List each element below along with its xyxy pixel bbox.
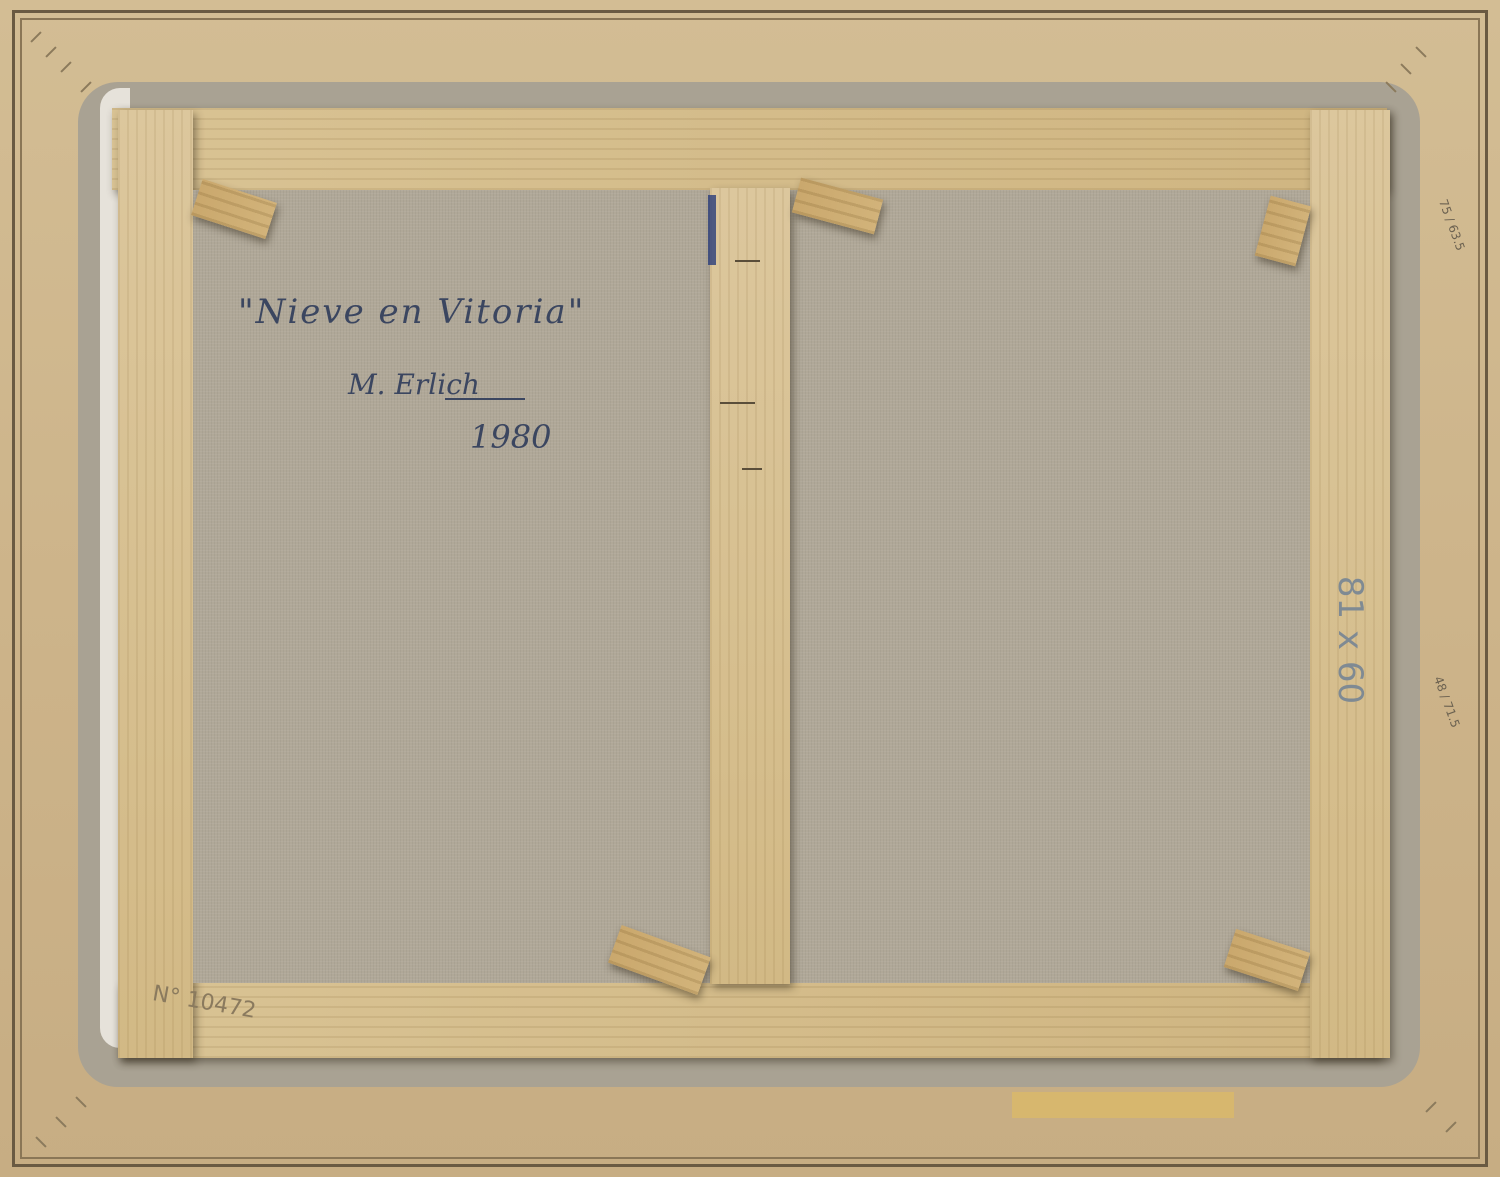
artist-signature: M. Erlich — [348, 368, 480, 401]
stretcher-left-bar — [118, 110, 193, 1058]
signature-underline — [445, 398, 525, 400]
painting-year: 1980 — [470, 418, 551, 456]
stretcher-center-crossbar — [710, 188, 790, 984]
tape-label — [1012, 1092, 1234, 1118]
blue-paint-mark — [708, 195, 716, 265]
painting-title-inscription: "Nieve en Vitoria" — [238, 292, 585, 332]
dimensions-inscription: 81 x 60 — [1330, 560, 1370, 720]
canvas-linen-right-panel — [790, 190, 1310, 983]
stretcher-bottom-bar — [118, 983, 1380, 1058]
crossbar-mark — [735, 260, 760, 262]
stretcher-top-bar — [112, 108, 1387, 190]
crossbar-mark — [742, 468, 762, 470]
crossbar-mark — [720, 402, 755, 404]
